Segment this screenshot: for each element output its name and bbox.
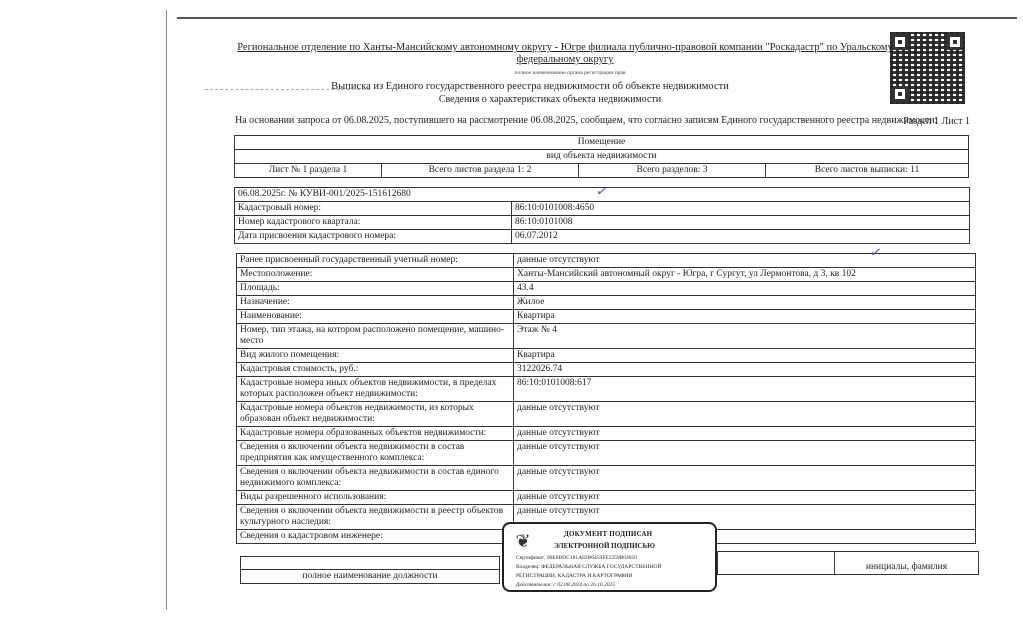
row-label: Назначение: [237,296,514,310]
table-row: Площадь:43.4 [237,282,976,296]
cadastral-value: 3122026.74 [514,363,976,377]
section-sheet-label: Раздел 1 Лист 1 [880,116,970,127]
row-label: Номер кадастрового квартала: [235,216,512,230]
table-row: Виды разрешенного использования:данные о… [237,491,976,505]
stamp-certificate: Сертификат: 00E8BDC181A82B6459FE1259B049… [516,555,637,561]
row-value: данные отсутствуют [514,254,976,268]
stamp-validity: Действителен: с 02.08.2024 по 26.10.2025 [516,582,615,588]
scan-page-edge [166,10,167,610]
row-value: данные отсутствуют [514,427,976,441]
row-value: данные отсутствуют [514,491,976,505]
table-row: Ранее присвоенный государственный учетны… [237,254,976,268]
stamp-owner: Владелец: ФЕДЕРАЛЬНАЯ СЛУЖБА ГОСУДАРСТВЕ… [516,564,661,570]
table-row: Назначение:Жилое [237,296,976,310]
sheets-in-section: Всего листов раздела 1: 2 [382,164,579,178]
row-value: 86:10:0101008:617 [514,377,976,402]
area-value: 43.4 [514,282,976,296]
stamp-owner-cont: РЕГИСТРАЦИИ, КАДАСТРА И КАРТОГРАФИИ [516,573,632,579]
premises-type-value: Квартира [514,349,976,363]
intro-text: На основании запроса от 06.08.2025, пост… [235,115,975,126]
qr-code-icon [890,32,965,104]
row-value: данные отсутствуют [514,441,976,466]
position-box: полное наименование должности [240,556,500,584]
row-label: Кадастровая стоимость, руб.: [237,363,514,377]
row-label: Сведения о включении объекта недвижимост… [237,441,514,466]
row-label: Наименование: [237,310,514,324]
signature-cell [718,552,835,575]
floor-value: Этаж № 4 [514,324,976,349]
name-caption: инициалы, фамилия [835,552,979,575]
row-label: Сведения о включении объекта недвижимост… [237,505,514,530]
name-box: инициалы, фамилия [717,551,979,575]
row-label: Вид жилого помещения: [237,349,514,363]
table-row: Кадастровые номера иных объектов недвижи… [237,377,976,402]
sections-total: Всего разделов: 3 [579,164,766,178]
table-row: Кадастровая стоимость, руб.:3122026.74 [237,363,976,377]
stamp-line2: ЭЛЕКТРОННОЙ ПОДПИСЬЮ [554,542,655,550]
row-label: Кадастровый номер: [235,202,512,216]
table-row: Кадастровые номера образованных объектов… [237,427,976,441]
row-label: Сведения о включении объекта недвижимост… [237,466,514,491]
row-label: Кадастровые номера объектов недвижимости… [237,402,514,427]
sheet-info-table: Лист № 1 раздела 1 Всего листов раздела … [234,163,969,178]
row-label: Местоположение: [237,268,514,282]
qr-finder-icon [892,34,908,50]
table-row: Наименование:Квартира [237,310,976,324]
row-label: Кадастровые номера иных объектов недвижи… [237,377,514,402]
electronic-signature-stamp: ❦ ДОКУМЕНТ ПОДПИСАН ЭЛЕКТРОННОЙ ПОДПИСЬЮ… [502,522,717,592]
row-label: Виды разрешенного использования: [237,491,514,505]
table-row: Местоположение:Ханты-Мансийский автономн… [237,268,976,282]
qr-finder-icon [947,34,963,50]
row-label: Ранее присвоенный государственный учетны… [237,254,514,268]
position-caption: полное наименование должности [241,570,500,584]
table-row: Сведения о включении объекта недвижимост… [237,441,976,466]
object-type-table: Помещение вид объекта недвижимости [234,135,969,164]
assignment-date: 06.07.2012 [512,230,970,244]
qr-finder-icon [892,86,908,102]
row-value: данные отсутствуют [514,402,976,427]
top-rule [177,17,1017,19]
location-value: Ханты-Мансийский автономный округ - Югра… [514,268,976,282]
row-label: Площадь: [237,282,514,296]
row-label: Кадастровые номера образованных объектов… [237,427,514,441]
row-value: данные отсутствуют [514,466,976,491]
name-value: Квартира [514,310,976,324]
sheet-number: Лист № 1 раздела 1 [235,164,382,178]
table-row: Кадастровый номер: 86:10:0101008:4650 [235,202,970,216]
table-row: Дата присвоения кадастрового номера: 06.… [235,230,970,244]
row-label: Дата присвоения кадастрового номера: [235,230,512,244]
table-row: Номер кадастрового квартала: 86:10:01010… [235,216,970,230]
object-type-caption: вид объекта недвижимости [235,150,969,164]
sheets-total: Всего листов выписки: 11 [766,164,969,178]
characteristics-table: Ранее присвоенный государственный учетны… [236,253,976,544]
document-title: Выписка из Единого государственного реес… [300,81,760,92]
object-type-value: Помещение [235,136,969,150]
table-row: Сведения о включении объекта недвижимост… [237,466,976,491]
document-subtitle: Сведения о характеристиках объекта недви… [380,94,720,105]
stamp-line1: ДОКУМЕНТ ПОДПИСАН [564,530,652,538]
table-row: Вид жилого помещения:Квартира [237,349,976,363]
position-value [241,557,500,570]
organization-name: Региональное отделение по Ханты-Мансийск… [230,42,900,66]
cadastral-quarter: 86:10:0101008 [512,216,970,230]
purpose-value: Жилое [514,296,976,310]
organization-caption: полное наименование органа регистрации п… [440,70,700,76]
table-row: Номер, тип этажа, на котором расположено… [237,324,976,349]
table-row: Кадастровые номера объектов недвижимости… [237,402,976,427]
row-label: Номер, тип этажа, на котором расположено… [237,324,514,349]
row-label: Сведения о кадастровом инженере: [237,530,514,544]
coat-of-arms-icon: ❦ [512,529,534,553]
cadastral-number: 86:10:0101008:4650 [512,202,970,216]
